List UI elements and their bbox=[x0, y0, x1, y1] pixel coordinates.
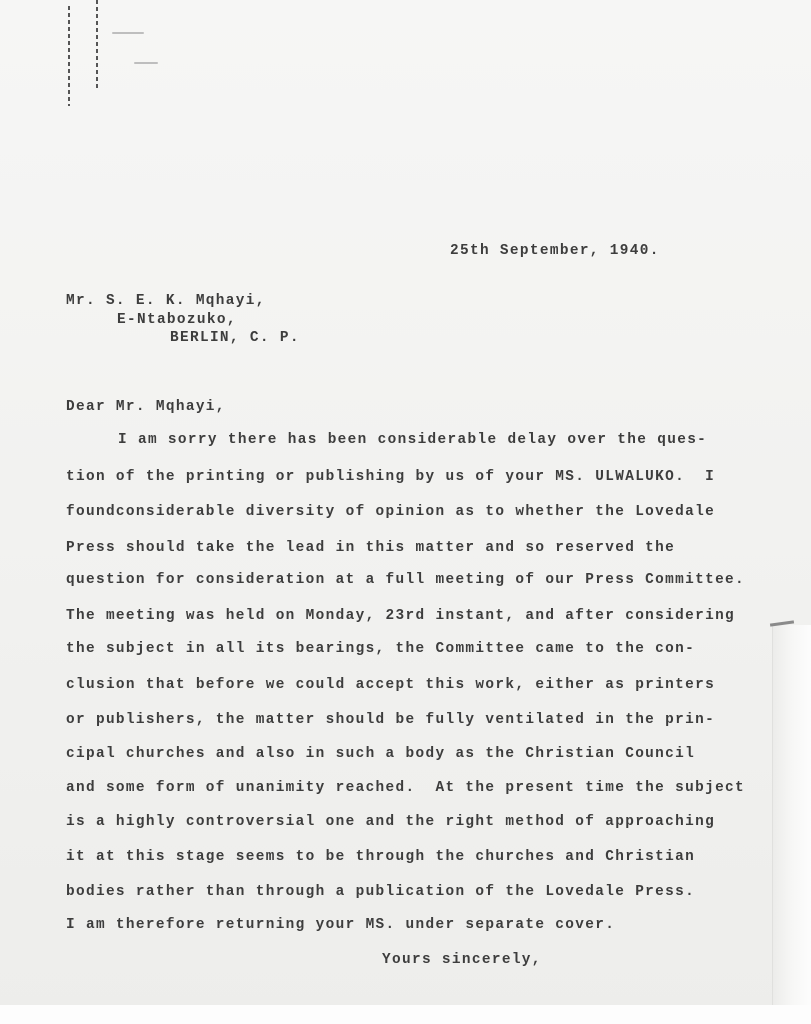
body-line: it at this stage seems to be through the… bbox=[66, 849, 695, 865]
body-line: question for consideration at a full mee… bbox=[66, 572, 745, 588]
body-line: Press should take the lead in this matte… bbox=[66, 540, 675, 556]
body-line: I am sorry there has been considerable d… bbox=[118, 432, 707, 448]
salutation: Dear Mr. Mqhayi, bbox=[66, 399, 226, 415]
staple-mark bbox=[68, 6, 70, 106]
address-line-place: E-Ntabozuko, bbox=[117, 312, 237, 328]
body-line: foundconsiderable diversity of opinion a… bbox=[66, 504, 715, 520]
bottom-edge bbox=[0, 1005, 811, 1024]
body-line: the subject in all its bearings, the Com… bbox=[66, 641, 695, 657]
body-line: and some form of unanimity reached. At t… bbox=[66, 780, 745, 796]
staple-mark bbox=[96, 0, 98, 88]
body-line: is a highly controversial one and the ri… bbox=[66, 814, 715, 830]
body-line: clusion that before we could accept this… bbox=[66, 677, 715, 693]
closing: Yours sincerely, bbox=[382, 952, 542, 968]
body-line: The meeting was held on Monday, 23rd ins… bbox=[66, 608, 735, 624]
body-line: tion of the printing or publishing by us… bbox=[66, 469, 715, 485]
address-line-name: Mr. S. E. K. Mqhayi, bbox=[66, 293, 266, 309]
body-line: bodies rather than through a publication… bbox=[66, 884, 695, 900]
letter-date: 25th September, 1940. bbox=[450, 243, 660, 259]
smudge-mark bbox=[134, 62, 158, 64]
smudge-mark bbox=[112, 32, 144, 34]
torn-fold bbox=[772, 625, 811, 1024]
body-line: cipal churches and also in such a body a… bbox=[66, 746, 695, 762]
body-line: or publishers, the matter should be full… bbox=[66, 712, 715, 728]
body-line: I am therefore returning your MS. under … bbox=[66, 917, 615, 933]
address-line-town: BERLIN, C. P. bbox=[170, 330, 300, 346]
